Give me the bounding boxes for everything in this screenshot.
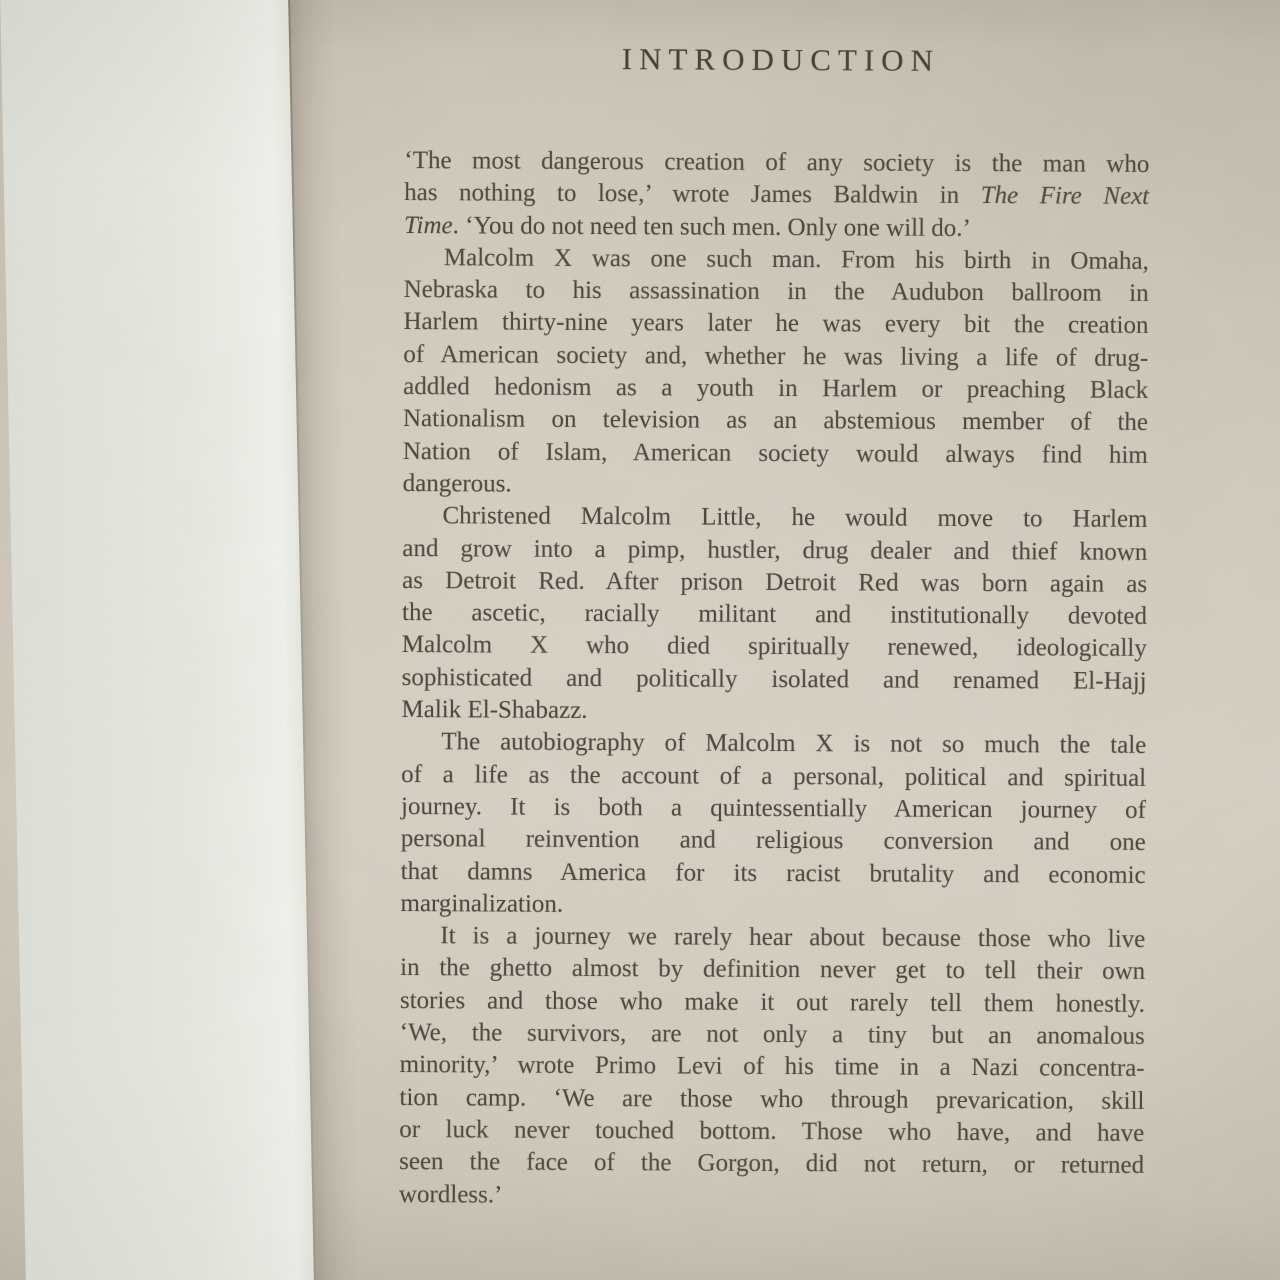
text-segment: personal reinvention and religious conve… bbox=[401, 825, 1146, 856]
text-segment: ‘We, the survivors, are not only a tiny … bbox=[400, 1019, 1145, 1050]
page-text: ‘The most dangerous creation of any soci… bbox=[399, 145, 1150, 1215]
text-line: sophisticated and politically isolated a… bbox=[402, 662, 1147, 698]
page-content: INTRODUCTION ‘The most dangerous creatio… bbox=[399, 40, 1150, 1264]
text-line: Nationalism on television as an abstemio… bbox=[403, 403, 1148, 439]
text-line: Malcolm X who died spiritually renewed, … bbox=[402, 629, 1147, 665]
text-segment: . ‘You do not need ten such men. Only on… bbox=[453, 212, 971, 242]
text-line: minority,’ wrote Primo Levi of his time … bbox=[400, 1049, 1145, 1085]
text-segment: Nebraska to his assassination in the Aud… bbox=[404, 276, 1149, 307]
text-line: in the ghetto almost by definition never… bbox=[400, 952, 1145, 988]
text-segment: minority,’ wrote Primo Levi of his time … bbox=[400, 1051, 1145, 1082]
text-line: Malcolm X was one such man. From his bir… bbox=[404, 242, 1149, 278]
text-line: seen the face of the Gorgon, did not ret… bbox=[399, 1146, 1144, 1182]
text-line: and grow into a pimp, hustler, drug deal… bbox=[402, 533, 1147, 569]
text-line: stories and those who make it out rarely… bbox=[400, 985, 1145, 1021]
text-segment: stories and those who make it out rarely… bbox=[400, 987, 1145, 1018]
chapter-title: INTRODUCTION bbox=[405, 40, 1150, 80]
previous-page-edge bbox=[0, 0, 314, 1280]
text-segment: Nation of Islam, American society would … bbox=[403, 438, 1148, 469]
text-segment: or luck never touched bottom. Those who … bbox=[399, 1116, 1144, 1147]
book-photo: INTRODUCTION ‘The most dangerous creatio… bbox=[0, 0, 1280, 1280]
text-line: It is a journey we rarely hear about bec… bbox=[400, 920, 1145, 956]
text-segment: dangerous. bbox=[403, 470, 512, 498]
text-line: as Detroit Red. After prison Detroit Red… bbox=[402, 565, 1147, 601]
paragraph: It is a journey we rarely hear about bec… bbox=[399, 920, 1146, 1215]
text-line: ‘The most dangerous creation of any soci… bbox=[404, 145, 1149, 181]
text-line: The autobiography of Malcolm X is not so… bbox=[401, 726, 1146, 762]
text-segment: wordless.’ bbox=[399, 1180, 503, 1208]
text-segment: tion camp. ‘We are those who through pre… bbox=[399, 1084, 1144, 1115]
text-segment: the ascetic, racially militant and insti… bbox=[402, 599, 1147, 630]
text-segment: ‘The most dangerous creation of any soci… bbox=[404, 147, 1149, 178]
text-line: addled hedonism as a youth in Harlem or … bbox=[403, 371, 1148, 407]
text-line: tion camp. ‘We are those who through pre… bbox=[399, 1082, 1144, 1118]
text-segment: Malcolm X was one such man. From his bir… bbox=[444, 244, 1149, 275]
paragraph: Christened Malcolm Little, he would move… bbox=[401, 500, 1147, 730]
text-segment: has nothing to lose,’ wrote James Baldwi… bbox=[404, 179, 981, 209]
text-line: journey. It is both a quintessentially A… bbox=[401, 791, 1146, 827]
text-line: ‘We, the survivors, are not only a tiny … bbox=[400, 1017, 1145, 1053]
text-line: of American society and, whether he was … bbox=[403, 339, 1148, 375]
text-segment: journey. It is both a quintessentially A… bbox=[401, 793, 1146, 824]
text-line: Nation of Islam, American society would … bbox=[403, 436, 1148, 472]
italic-text: The Fire Next bbox=[981, 182, 1150, 210]
text-line: Harlem thirty-nine years later he was ev… bbox=[403, 306, 1148, 342]
text-line: Nebraska to his assassination in the Aud… bbox=[404, 274, 1149, 310]
italic-text: Time bbox=[404, 212, 453, 239]
paragraph: The autobiography of Malcolm X is not so… bbox=[400, 726, 1146, 924]
text-segment: of a life as the account of a personal, … bbox=[401, 761, 1146, 792]
text-segment: Harlem thirty-nine years later he was ev… bbox=[403, 308, 1148, 339]
text-segment: as Detroit Red. After prison Detroit Red… bbox=[402, 567, 1147, 598]
text-line: that damns America for its racist brutal… bbox=[401, 856, 1146, 892]
text-segment: Malik El-Shabazz. bbox=[401, 696, 587, 724]
text-segment: and grow into a pimp, hustler, drug deal… bbox=[402, 535, 1147, 566]
text-segment: in the ghetto almost by definition never… bbox=[400, 954, 1145, 985]
text-line: or luck never touched bottom. Those who … bbox=[399, 1114, 1144, 1150]
paragraph: ‘The most dangerous creation of any soci… bbox=[404, 145, 1149, 246]
text-line: the ascetic, racially militant and insti… bbox=[402, 597, 1147, 633]
text-line: dangerous. bbox=[403, 468, 1148, 504]
text-segment: The autobiography of Malcolm X is not so… bbox=[441, 729, 1146, 760]
text-segment: sophisticated and politically isolated a… bbox=[402, 664, 1147, 695]
text-line: has nothing to lose,’ wrote James Baldwi… bbox=[404, 177, 1149, 213]
text-line: Time. ‘You do not need ten such men. Onl… bbox=[404, 210, 1149, 246]
text-line: Christened Malcolm Little, he would move… bbox=[402, 500, 1147, 536]
text-line: of a life as the account of a personal, … bbox=[401, 759, 1146, 795]
text-segment: of American society and, whether he was … bbox=[403, 341, 1148, 372]
paragraph: Malcolm X was one such man. From his bir… bbox=[403, 242, 1149, 504]
text-segment: marginalization. bbox=[400, 890, 563, 918]
text-line: personal reinvention and religious conve… bbox=[401, 823, 1146, 859]
text-line: marginalization. bbox=[400, 888, 1145, 924]
text-segment: Malcolm X who died spiritually renewed, … bbox=[402, 631, 1147, 662]
text-segment: It is a journey we rarely hear about bec… bbox=[440, 922, 1145, 953]
text-line: wordless.’ bbox=[399, 1178, 1144, 1214]
text-segment: seen the face of the Gorgon, did not ret… bbox=[399, 1148, 1144, 1179]
text-segment: that damns America for its racist brutal… bbox=[401, 858, 1146, 889]
text-segment: addled hedonism as a youth in Harlem or … bbox=[403, 373, 1148, 404]
text-segment: Christened Malcolm Little, he would move… bbox=[442, 502, 1147, 533]
text-line: Malik El-Shabazz. bbox=[401, 694, 1146, 730]
text-segment: Nationalism on television as an abstemio… bbox=[403, 405, 1148, 436]
